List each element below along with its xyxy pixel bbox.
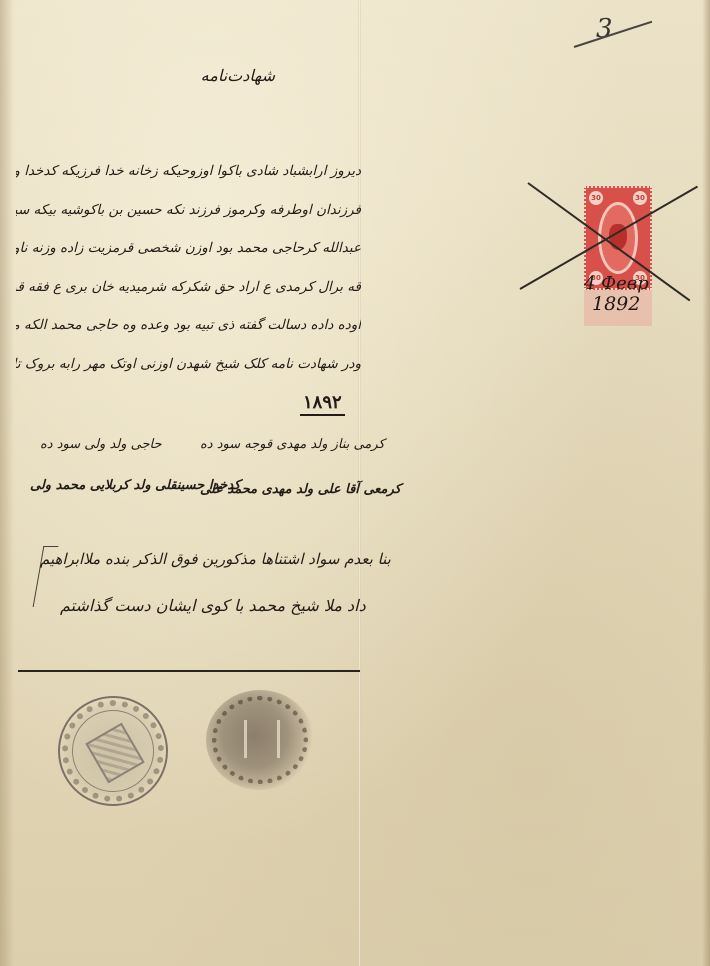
revenue-stamp: 30 30 30 30 4 Февр 1892 xyxy=(584,186,652,326)
body-line: ودر شهادت نامه کلک شیخ شهدن اوزنی اوتک م… xyxy=(16,345,361,384)
paper-left-edge xyxy=(0,0,14,966)
body-line: عبدالله کرحاجی محمد بود اوزن شخصی قرمزیت… xyxy=(16,229,361,268)
stamp-date-line: 1892 xyxy=(584,294,694,314)
stamp-handwritten-date: 4 Февр 1892 xyxy=(584,274,694,314)
body-line: قه برال کرمدی ع اراد حق شکرکه شرمیدیه خا… xyxy=(16,268,361,307)
document-title: شهادت‌نامه xyxy=(205,66,275,85)
section-divider xyxy=(18,670,360,672)
witness-name: حاجی ولد ولی سود ده xyxy=(40,437,162,452)
paper-right-edge xyxy=(702,0,710,966)
body-line: دیروز ارابشباد شادی باکوا اوزوحیکه زخانه… xyxy=(16,152,361,191)
embossed-seal-icon xyxy=(58,696,168,806)
seal-core xyxy=(244,720,280,758)
note-line: بنا بعدم سواد اشتناها مذکورین فوق الذکر … xyxy=(40,550,391,568)
document-year: ۱۸۹۲ xyxy=(300,392,345,416)
note-line: داد ملا شیخ محمد با کوی ایشان دست گذاشتم xyxy=(60,596,366,615)
body-line: اوده داده دسالت گفته ذی تبیه بود وعده وه… xyxy=(16,306,361,345)
body-line: فرزندان اوطرفه وکرموز فرزند نکه حسین بن … xyxy=(16,191,361,230)
witness-name: کرمی بناز ولد مهدی قوجه سود ده xyxy=(200,437,385,452)
witness-name: کدخدا حسینقلی ولد کربلایی محمد ولی xyxy=(30,478,240,493)
document-body: دیروز ارابشباد شادی باکوا اوزوحیکه زخانه… xyxy=(16,152,361,383)
ink-seal-icon xyxy=(206,690,314,790)
stamp-denomination: 30 xyxy=(633,191,647,205)
stamp-denomination: 30 xyxy=(589,191,603,205)
